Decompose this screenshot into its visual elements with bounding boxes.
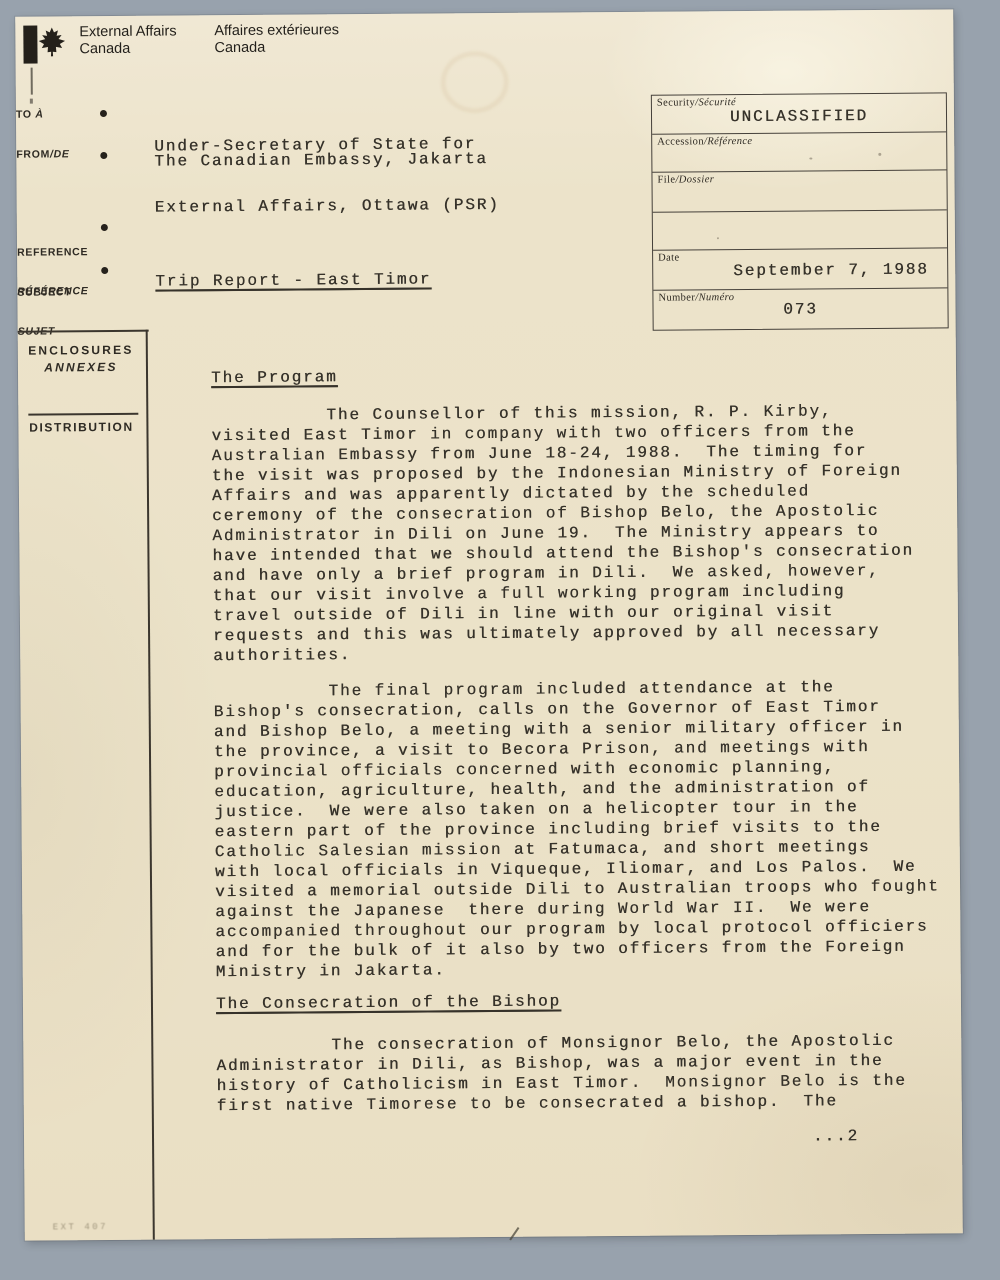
paragraph-1: The Counsellor of this mission, R. P. Ki…: [211, 401, 915, 667]
letterhead-fr-line1: Affaires extérieures: [214, 22, 339, 40]
letterhead-french: Affaires extérieures Canada: [214, 22, 339, 57]
scan-background: External Affairs Canada Affaires extérie…: [0, 0, 1000, 1280]
flag-staff-dot: [30, 99, 33, 104]
paragraph-2: The final program included attendance at…: [213, 676, 940, 982]
flag-staff-mark: [31, 68, 33, 95]
accession-label: Accession/Référence: [652, 132, 946, 147]
form-number: EXT 407: [53, 1222, 108, 1232]
section-heading-consecration: The Consecration of the Bishop: [216, 991, 561, 1014]
blank-row: [653, 210, 947, 250]
to-label: TO À: [16, 108, 44, 121]
body-text-line: authorities.: [213, 641, 915, 667]
subject-value: Trip Report - East Timor: [155, 269, 431, 291]
classification-box: Security/Sécurité UNCLASSIFIED Accession…: [651, 92, 949, 330]
letterhead-fr-line2: Canada: [214, 39, 339, 57]
from-bullet: [100, 152, 107, 159]
to-bullet: [100, 110, 107, 117]
letterhead-en-line1: External Affairs: [79, 23, 176, 41]
date-row: Date September 7, 1988: [653, 248, 947, 290]
maple-leaf-icon: [38, 26, 65, 57]
from-label: FROM/DE: [16, 148, 69, 161]
security-value: UNCLASSIFIED: [652, 105, 946, 127]
header-divider-rule: [18, 330, 149, 333]
from-value: The Canadian Embassy, Jakarta: [154, 149, 488, 172]
letterhead-en-line2: Canada: [79, 40, 176, 58]
letterhead-english: External Affairs Canada: [79, 23, 177, 58]
paragraph-3: The consecration of Monsignor Belo, the …: [216, 1031, 907, 1116]
margin-vertical-rule: [146, 330, 155, 1240]
file-label: File/Dossier: [652, 170, 946, 185]
document-page: External Affairs Canada Affaires extérie…: [15, 9, 963, 1240]
date-value: September 7, 1988: [653, 259, 947, 281]
subject-bullet: [101, 267, 108, 274]
annexes-label: ANNEXES: [24, 360, 138, 375]
reference-bullet: [101, 224, 108, 231]
distribution-label: DISTRIBUTION: [24, 420, 138, 435]
number-row: Number/Numéro 073: [653, 288, 947, 329]
security-row: Security/Sécurité UNCLASSIFIED: [652, 93, 946, 134]
sidebar-divider-rule: [28, 413, 138, 416]
file-row: File/Dossier: [652, 170, 946, 212]
accession-row: Accession/Référence: [652, 132, 946, 172]
flag-mark: [23, 26, 37, 64]
body-text-line: first native Timorese to be consecrated …: [217, 1091, 907, 1116]
to-value: Under-Secretary of State for External Af…: [154, 94, 500, 259]
body-text-line: Ministry in Jakarta.: [216, 956, 941, 982]
enclosures-label: ENCLOSURES: [24, 343, 138, 358]
page-continuation-indicator: ...2: [813, 1126, 859, 1146]
pen-check-mark: [509, 1227, 519, 1240]
section-heading-program: The Program: [211, 367, 338, 388]
